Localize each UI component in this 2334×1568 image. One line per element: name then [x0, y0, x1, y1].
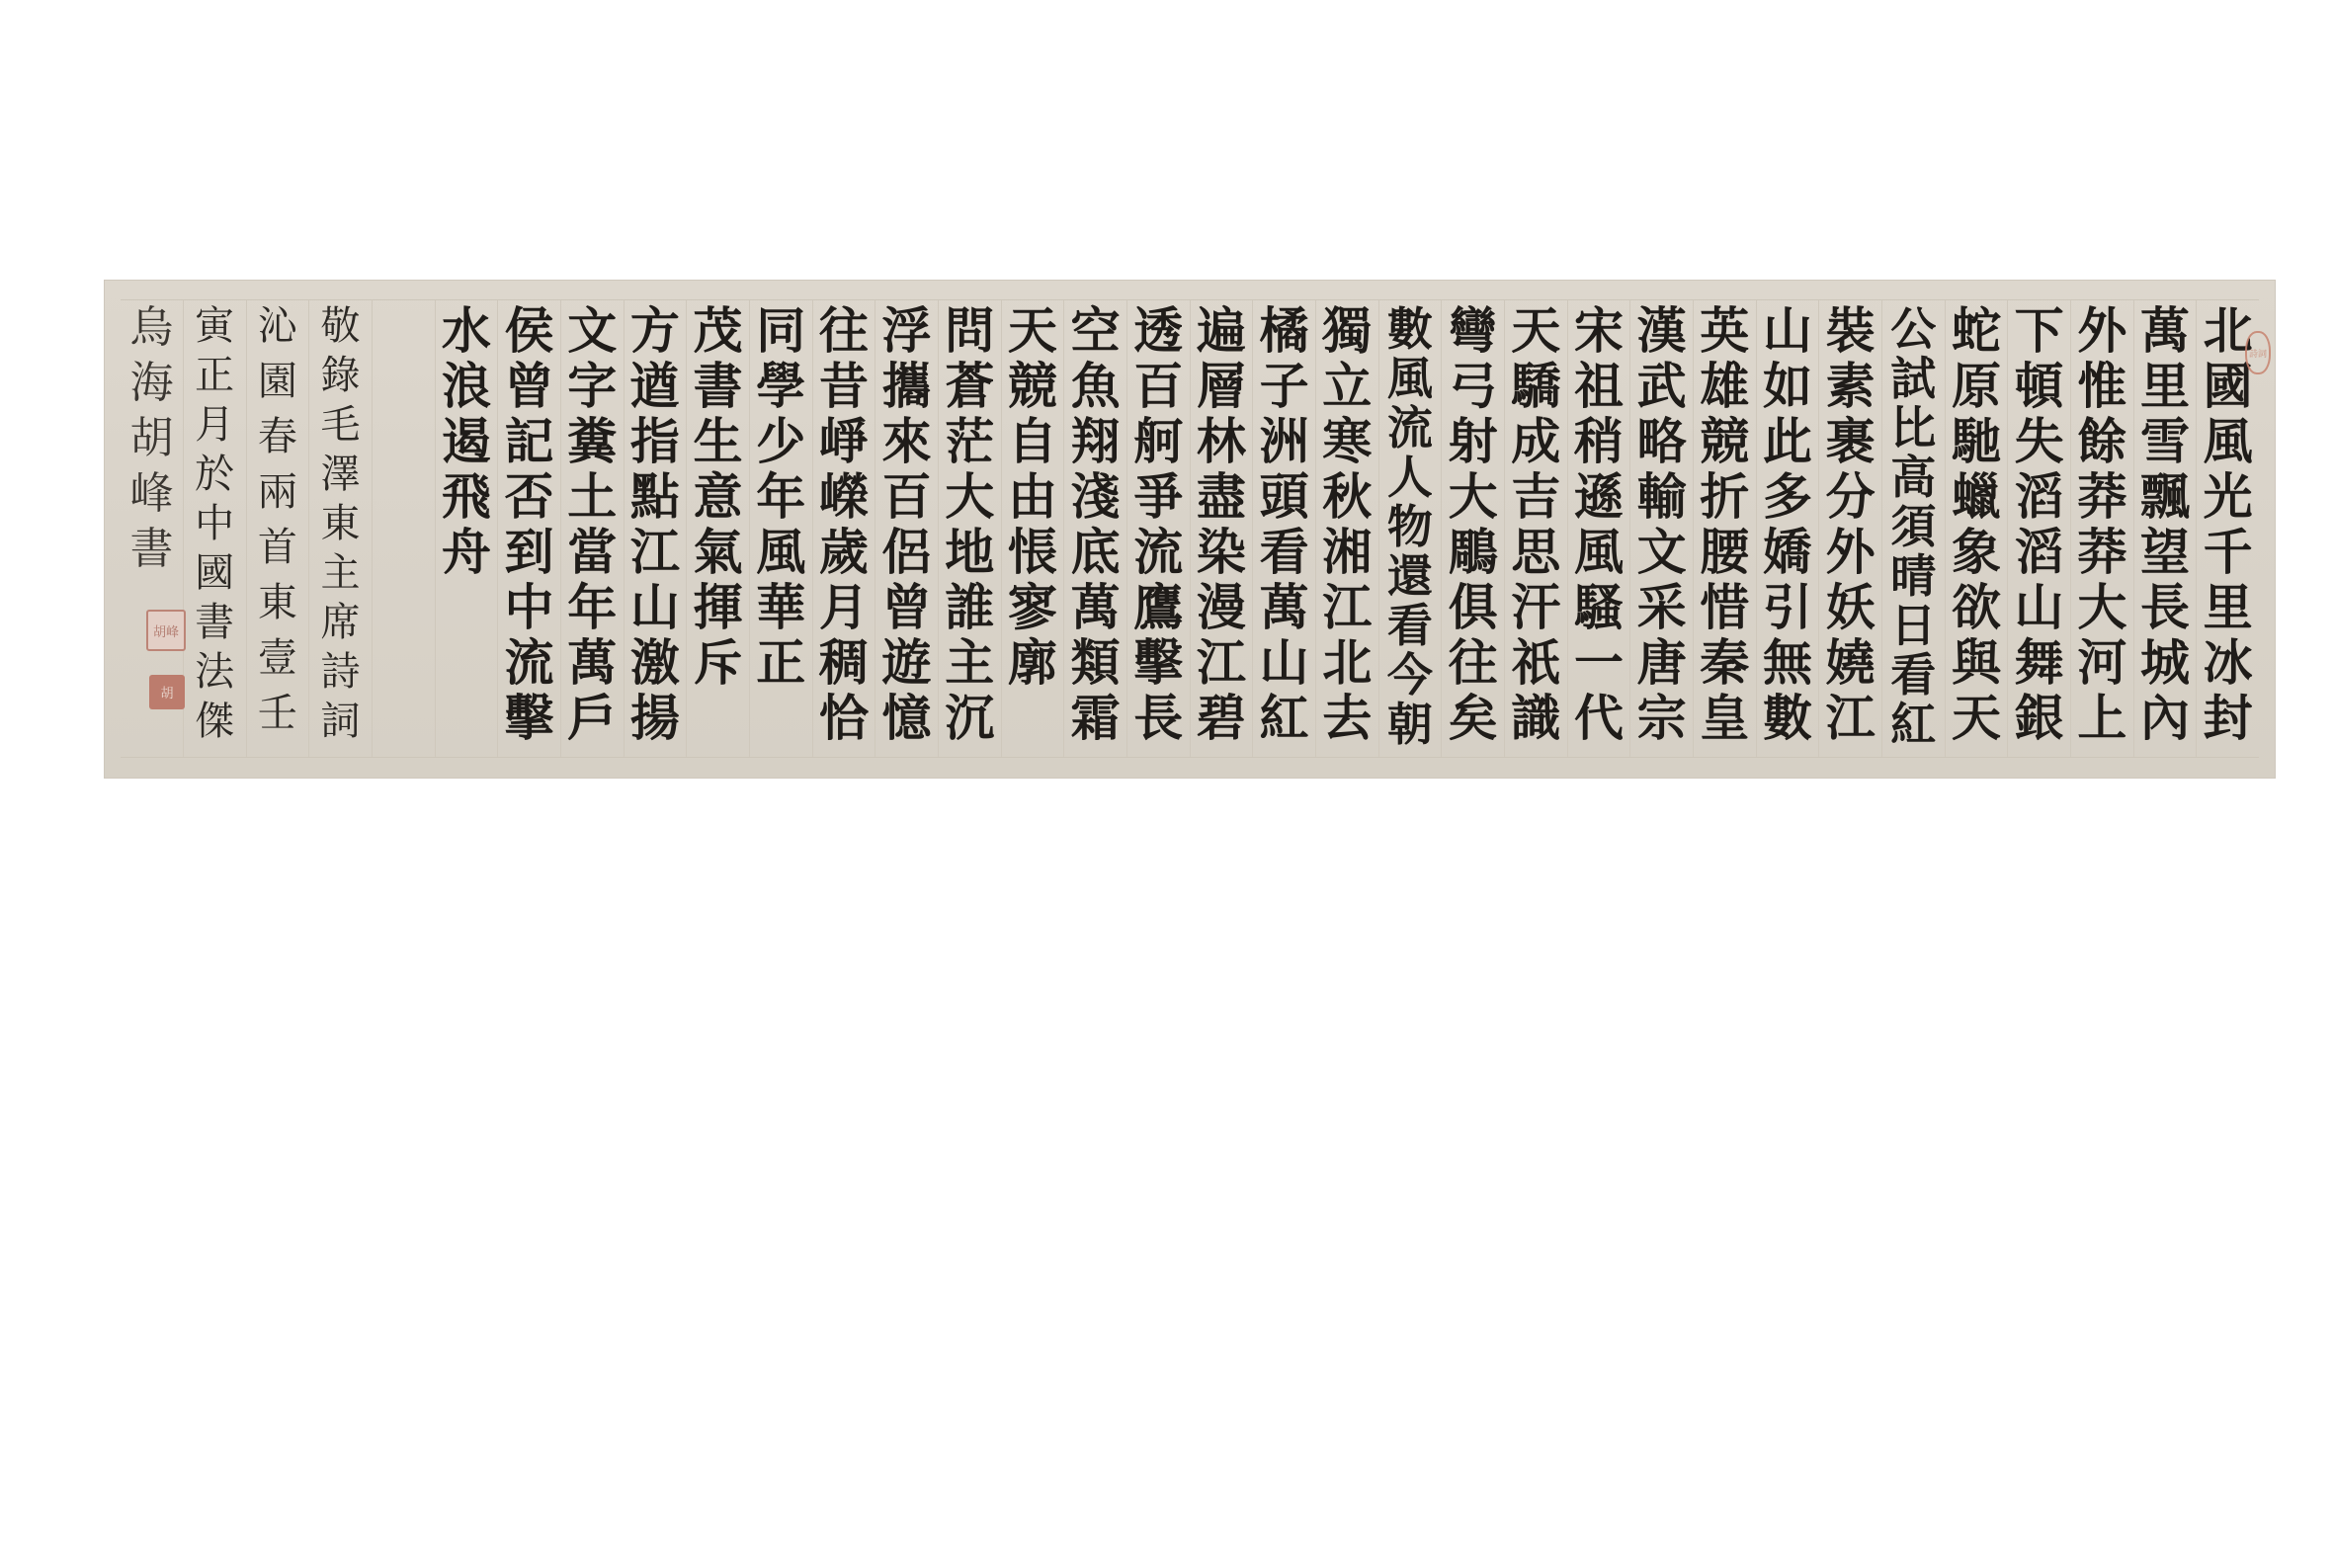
calligraphy-character: 紅	[1260, 694, 1309, 743]
calligraphy-character: 同	[756, 306, 805, 356]
calligraphy-character: 稍	[1574, 417, 1624, 466]
calligraphy-character: 中	[505, 583, 554, 632]
calligraphy-character: 識	[1511, 694, 1560, 743]
calligraphy-character: 象	[1952, 528, 2001, 577]
calligraphy-character: 擊	[1133, 638, 1183, 688]
calligraphy-character: 書	[694, 362, 743, 411]
calligraphy-character: 折	[1700, 472, 1749, 522]
calligraphy-character: 下	[2015, 306, 2064, 356]
calligraphy-character: 國	[2204, 362, 2253, 411]
calligraphy-column: 數風流人物還看今朝	[1378, 300, 1442, 757]
calligraphy-character: 文	[567, 306, 617, 356]
calligraphy-character: 數	[1387, 306, 1433, 352]
calligraphy-character: 采	[1637, 583, 1687, 632]
calligraphy-character: 海	[129, 362, 173, 405]
calligraphy-column: 往昔崢嶸歲月稠恰	[812, 300, 875, 757]
calligraphy-character: 俱	[1449, 583, 1498, 632]
calligraphy-character: 天	[1008, 306, 1057, 356]
calligraphy-character: 方	[630, 306, 680, 356]
calligraphy-character: 嶸	[819, 472, 869, 522]
calligraphy-character: 天	[1952, 694, 2001, 743]
calligraphy-character: 里	[2140, 362, 2190, 411]
calligraphy-character: 嬌	[1763, 528, 1812, 577]
calligraphy-character: 日	[1890, 603, 1936, 648]
calligraphy-character: 與	[1952, 638, 2001, 688]
calligraphy-character: 惟	[2077, 362, 2126, 411]
calligraphy-column: 外惟餘莽莽大河上	[2070, 300, 2133, 757]
style-seal: 胡	[149, 675, 185, 709]
calligraphy-character: 此	[1763, 417, 1812, 466]
calligraphy-character: 流	[1387, 405, 1433, 451]
calligraphy-character: 江	[630, 528, 680, 577]
calligraphy-column: 浮攜來百侶曾遊憶	[875, 300, 938, 757]
calligraphy-character: 寅	[195, 306, 234, 346]
calligraphy-character: 揚	[630, 694, 680, 743]
calligraphy-character: 封	[2204, 694, 2253, 743]
calligraphy-character: 首	[258, 528, 297, 567]
calligraphy-character: 染	[1197, 528, 1246, 577]
calligraphy-character: 東	[321, 504, 361, 543]
calligraphy-character: 思	[1511, 528, 1560, 577]
calligraphy-character: 試	[1890, 356, 1936, 401]
calligraphy-character: 鵰	[1449, 528, 1498, 577]
calligraphy-character: 蛇	[1952, 306, 2001, 356]
calligraphy-column: 遍層林盡染漫江碧	[1190, 300, 1253, 757]
calligraphy-character: 欲	[1952, 583, 2001, 632]
calligraphy-character: 萬	[2140, 306, 2190, 356]
calligraphy-character: 惜	[1700, 583, 1749, 632]
calligraphy-character: 外	[2077, 306, 2126, 356]
calligraphy-character: 裝	[1826, 306, 1876, 356]
calligraphy-character: 兩	[258, 472, 297, 512]
calligraphy-character: 萬	[1260, 583, 1309, 632]
calligraphy-character: 年	[567, 583, 617, 632]
calligraphy-character: 舸	[1133, 417, 1183, 466]
calligraphy-character: 曾	[505, 362, 554, 411]
calligraphy-character: 河	[2077, 638, 2126, 688]
calligraphy-character: 悵	[1008, 528, 1057, 577]
calligraphy-character: 稠	[819, 638, 869, 688]
calligraphy-column	[372, 300, 435, 757]
calligraphy-character: 銀	[2015, 694, 2064, 743]
calligraphy-character: 席	[321, 603, 361, 642]
calligraphy-character: 滔	[2015, 472, 2064, 522]
calligraphy-character: 崢	[819, 417, 869, 466]
calligraphy-character: 山	[630, 583, 680, 632]
calligraphy-character: 江	[1197, 638, 1246, 688]
calligraphy-character: 一	[1574, 638, 1624, 688]
calligraphy-column: 獨立寒秋湘江北去	[1315, 300, 1378, 757]
calligraphy-column: 水浪遏飛舟	[435, 300, 498, 757]
calligraphy-column: 透百舸爭流鷹擊長	[1126, 300, 1190, 757]
calligraphy-character: 當	[567, 528, 617, 577]
calligraphy-character: 宗	[1637, 694, 1687, 743]
calligraphy-character: 底	[1071, 528, 1121, 577]
calligraphy-character: 生	[694, 417, 743, 466]
calligraphy-character: 風	[1387, 356, 1433, 401]
calligraphy-character: 指	[630, 417, 680, 466]
calligraphy-character: 詩	[321, 652, 361, 692]
calligraphy-character: 江	[1826, 694, 1876, 743]
calligraphy-character: 物	[1387, 504, 1433, 549]
calligraphy-scroll: 北國風光千里冰封萬里雪飄望長城內外惟餘莽莽大河上下頓失滔滔山舞銀蛇原馳蠟象欲與天…	[105, 281, 2275, 778]
calligraphy-character: 秦	[1700, 638, 1749, 688]
calligraphy-character: 子	[1260, 362, 1309, 411]
calligraphy-character: 茫	[945, 417, 994, 466]
calligraphy-character: 雪	[2140, 417, 2190, 466]
calligraphy-character: 舟	[442, 528, 491, 577]
calligraphy-character: 光	[2204, 472, 2253, 522]
calligraphy-column: 空魚翔淺底萬類霜	[1063, 300, 1126, 757]
calligraphy-character: 英	[1700, 306, 1749, 356]
calligraphy-column: 敬錄毛澤東主席詩詞	[308, 300, 372, 757]
calligraphy-character: 滔	[2015, 528, 2064, 577]
calligraphy-character: 騷	[1574, 583, 1624, 632]
calligraphy-character: 秋	[1322, 472, 1372, 522]
calligraphy-character: 遍	[1197, 306, 1246, 356]
calligraphy-character: 錄	[321, 356, 361, 395]
calligraphy-character: 須	[1890, 504, 1936, 549]
calligraphy-character: 問	[945, 306, 994, 356]
calligraphy-character: 浪	[442, 362, 491, 411]
calligraphy-character: 遒	[630, 362, 680, 411]
calligraphy-character: 還	[1387, 553, 1433, 599]
calligraphy-character: 輸	[1637, 472, 1687, 522]
calligraphy-character: 莽	[2077, 528, 2126, 577]
calligraphy-character: 唐	[1637, 638, 1687, 688]
calligraphy-character: 文	[1637, 528, 1687, 577]
calligraphy-character: 恰	[819, 694, 869, 743]
calligraphy-character: 長	[1133, 694, 1183, 743]
calligraphy-character: 蠟	[1952, 472, 2001, 522]
calligraphy-character: 遏	[442, 417, 491, 466]
calligraphy-character: 空	[1071, 306, 1121, 356]
calligraphy-column: 宋祖稍遜風騷一代	[1567, 300, 1630, 757]
calligraphy-character: 武	[1637, 362, 1687, 411]
calligraphy-character: 數	[1763, 694, 1812, 743]
calligraphy-character: 引	[1763, 583, 1812, 632]
calligraphy-character: 原	[1952, 362, 2001, 411]
calligraphy-column: 蛇原馳蠟象欲與天	[1945, 300, 2008, 757]
calligraphy-character: 曾	[882, 583, 932, 632]
calligraphy-character: 毛	[321, 405, 361, 445]
calligraphy-character: 百	[882, 472, 932, 522]
calligraphy-character: 蒼	[945, 362, 994, 411]
calligraphy-character: 山	[2015, 583, 2064, 632]
calligraphy-character: 裹	[1826, 417, 1876, 466]
calligraphy-character: 林	[1197, 417, 1246, 466]
calligraphy-character: 看	[1387, 603, 1433, 648]
calligraphy-column: 天驕成吉思汗祇識	[1504, 300, 1567, 757]
calligraphy-character: 到	[505, 528, 554, 577]
calligraphy-character: 洲	[1260, 417, 1309, 466]
calligraphy-character: 千	[2204, 528, 2253, 577]
calligraphy-character: 侶	[882, 528, 932, 577]
calligraphy-character: 看	[1260, 528, 1309, 577]
calligraphy-character: 學	[756, 362, 805, 411]
calligraphy-column: 天競自由悵寥廓	[1001, 300, 1064, 757]
calligraphy-character: 天	[1511, 306, 1560, 356]
calligraphy-character: 月	[819, 583, 869, 632]
calligraphy-character: 今	[1387, 652, 1433, 698]
calligraphy-character: 雄	[1700, 362, 1749, 411]
calligraphy-character: 園	[258, 362, 297, 401]
calligraphy-column: 英雄競折腰惜秦皇	[1693, 300, 1756, 757]
calligraphy-character: 風	[756, 528, 805, 577]
calligraphy-character: 分	[1826, 472, 1876, 522]
calligraphy-character: 晴	[1890, 553, 1936, 599]
calligraphy-column: 問蒼茫大地誰主沉	[938, 300, 1001, 757]
calligraphy-character: 法	[195, 652, 234, 692]
calligraphy-character: 朝	[1387, 701, 1433, 747]
calligraphy-character: 於	[195, 454, 234, 494]
calligraphy-character: 湘	[1322, 528, 1372, 577]
calligraphy-character: 吉	[1511, 472, 1560, 522]
calligraphy-character: 大	[945, 472, 994, 522]
calligraphy-character: 茂	[694, 306, 743, 356]
name-seal: 胡峰	[146, 610, 186, 651]
calligraphy-character: 代	[1574, 694, 1624, 743]
calligraphy-character: 憶	[882, 694, 932, 743]
calligraphy-character: 年	[756, 472, 805, 522]
calligraphy-character: 紅	[1890, 701, 1936, 747]
calligraphy-character: 里	[2204, 583, 2253, 632]
calligraphy-column: 漢武略輸文采唐宗	[1629, 300, 1693, 757]
calligraphy-character: 競	[1700, 417, 1749, 466]
calligraphy-character: 澤	[321, 454, 361, 494]
calligraphy-character: 內	[2140, 694, 2190, 743]
calligraphy-character: 皇	[1700, 694, 1749, 743]
calligraphy-character: 頓	[2015, 362, 2064, 411]
calligraphy-character: 飄	[2140, 472, 2190, 522]
calligraphy-character: 寥	[1008, 583, 1057, 632]
calligraphy-character: 往	[819, 306, 869, 356]
calligraphy-character: 水	[442, 306, 491, 356]
calligraphy-character: 素	[1826, 362, 1876, 411]
calligraphy-character: 峰	[129, 472, 173, 516]
calligraphy-character: 流	[505, 638, 554, 688]
calligraphy-character: 大	[1449, 472, 1498, 522]
calligraphy-character: 主	[321, 553, 361, 593]
calligraphy-character: 失	[2015, 417, 2064, 466]
calligraphy-character: 敬	[321, 306, 361, 346]
calligraphy-character: 糞	[567, 417, 617, 466]
leading-seal: 詩詞	[2245, 331, 2271, 374]
calligraphy-character: 昔	[819, 362, 869, 411]
calligraphy-character: 鷹	[1133, 583, 1183, 632]
calligraphy-character: 立	[1322, 362, 1372, 411]
calligraphy-character: 來	[882, 417, 932, 466]
calligraphy-character: 壬	[258, 694, 297, 733]
calligraphy-character: 萬	[1071, 583, 1121, 632]
calligraphy-character: 翔	[1071, 417, 1121, 466]
calligraphy-character: 風	[1574, 528, 1624, 577]
calligraphy-character: 人	[1387, 454, 1433, 500]
calligraphy-column: 同學少年風華正	[749, 300, 812, 757]
calligraphy-character: 氣	[694, 528, 743, 577]
calligraphy-character: 汗	[1511, 583, 1560, 632]
calligraphy-character: 傑	[195, 701, 234, 741]
calligraphy-character: 魚	[1071, 362, 1121, 411]
calligraphy-character: 嬈	[1826, 638, 1876, 688]
calligraphy-character: 萬	[567, 638, 617, 688]
calligraphy-character: 漫	[1197, 583, 1246, 632]
calligraphy-character: 戶	[567, 694, 617, 743]
calligraphy-character: 點	[630, 472, 680, 522]
calligraphy-character: 遜	[1574, 472, 1624, 522]
calligraphy-character: 寒	[1322, 417, 1372, 466]
calligraphy-character: 宋	[1574, 306, 1624, 356]
calligraphy-column: 裝素裹分外妖嬈江	[1818, 300, 1881, 757]
calligraphy-column: 文字糞土當年萬戶	[560, 300, 624, 757]
column-grid: 北國風光千里冰封萬里雪飄望長城內外惟餘莽莽大河上下頓失滔滔山舞銀蛇原馳蠟象欲與天…	[121, 299, 2259, 758]
calligraphy-character: 正	[195, 356, 234, 395]
calligraphy-column: 萬里雪飄望長城內	[2133, 300, 2197, 757]
calligraphy-character: 烏	[129, 306, 173, 350]
calligraphy-character: 外	[1826, 528, 1876, 577]
calligraphy-character: 驕	[1511, 362, 1560, 411]
calligraphy-character: 透	[1133, 306, 1183, 356]
calligraphy-character: 主	[945, 638, 994, 688]
calligraphy-character: 望	[2140, 528, 2190, 577]
calligraphy-character: 多	[1763, 472, 1812, 522]
calligraphy-character: 詞	[321, 701, 361, 741]
calligraphy-character: 餘	[2077, 417, 2126, 466]
calligraphy-character: 由	[1008, 472, 1057, 522]
calligraphy-character: 字	[567, 362, 617, 411]
calligraphy-character: 斥	[694, 638, 743, 688]
calligraphy-character: 彎	[1449, 306, 1498, 356]
calligraphy-character: 類	[1071, 638, 1121, 688]
calligraphy-character: 沁	[258, 306, 297, 346]
calligraphy-character: 飛	[442, 472, 491, 522]
calligraphy-character: 擊	[505, 694, 554, 743]
calligraphy-character: 城	[2140, 638, 2190, 688]
calligraphy-character: 如	[1763, 362, 1812, 411]
calligraphy-character: 高	[1890, 454, 1936, 500]
calligraphy-character: 看	[1890, 652, 1936, 698]
calligraphy-character: 誰	[945, 583, 994, 632]
calligraphy-character: 否	[505, 472, 554, 522]
calligraphy-character: 國	[195, 553, 234, 593]
calligraphy-character: 橘	[1260, 306, 1309, 356]
calligraphy-character: 腰	[1700, 528, 1749, 577]
calligraphy-character: 攜	[882, 362, 932, 411]
calligraphy-character: 中	[195, 504, 234, 543]
calligraphy-character: 正	[756, 638, 805, 688]
calligraphy-column: 寅正月於中國書法傑	[183, 300, 246, 757]
calligraphy-character: 意	[694, 472, 743, 522]
calligraphy-character: 華	[756, 583, 805, 632]
calligraphy-character: 成	[1511, 417, 1560, 466]
calligraphy-character: 書	[129, 528, 173, 571]
calligraphy-character: 霜	[1071, 694, 1121, 743]
calligraphy-column: 彎弓射大鵰俱往矣	[1441, 300, 1504, 757]
calligraphy-character: 沉	[945, 694, 994, 743]
calligraphy-character: 胡	[129, 417, 173, 460]
calligraphy-column: 沁園春兩首東壹壬	[246, 300, 309, 757]
calligraphy-character: 遊	[882, 638, 932, 688]
calligraphy-character: 山	[1763, 306, 1812, 356]
calligraphy-character: 莽	[2077, 472, 2126, 522]
calligraphy-column: 茂書生意氣揮斥	[686, 300, 749, 757]
calligraphy-character: 祖	[1574, 362, 1624, 411]
calligraphy-character: 地	[945, 528, 994, 577]
calligraphy-column: 橘子洲頭看萬山紅	[1252, 300, 1315, 757]
calligraphy-character: 壹	[258, 638, 297, 678]
calligraphy-character: 舞	[2015, 638, 2064, 688]
calligraphy-character: 競	[1008, 362, 1057, 411]
calligraphy-column: 侯曾記否到中流擊	[497, 300, 560, 757]
calligraphy-character: 漢	[1637, 306, 1687, 356]
calligraphy-character: 無	[1763, 638, 1812, 688]
calligraphy-character: 層	[1197, 362, 1246, 411]
calligraphy-column: 方遒指點江山激揚	[624, 300, 687, 757]
calligraphy-character: 土	[567, 472, 617, 522]
calligraphy-character: 少	[756, 417, 805, 466]
calligraphy-character: 侯	[505, 306, 554, 356]
calligraphy-character: 風	[2204, 417, 2253, 466]
calligraphy-character: 爭	[1133, 472, 1183, 522]
calligraphy-character: 比	[1890, 405, 1936, 451]
calligraphy-character: 東	[258, 583, 297, 622]
calligraphy-character: 歲	[819, 528, 869, 577]
calligraphy-character: 馳	[1952, 417, 2001, 466]
calligraphy-character: 頭	[1260, 472, 1309, 522]
calligraphy-character: 揮	[694, 583, 743, 632]
calligraphy-character: 弓	[1449, 362, 1498, 411]
calligraphy-column: 下頓失滔滔山舞銀	[2007, 300, 2070, 757]
calligraphy-character: 百	[1133, 362, 1183, 411]
calligraphy-column: 山如此多嬌引無數	[1756, 300, 1819, 757]
calligraphy-character: 記	[505, 417, 554, 466]
calligraphy-character: 自	[1008, 417, 1057, 466]
calligraphy-character: 月	[195, 405, 234, 445]
calligraphy-character: 公	[1890, 306, 1936, 352]
calligraphy-character: 書	[195, 603, 234, 642]
calligraphy-character: 江	[1322, 583, 1372, 632]
calligraphy-character: 浮	[882, 306, 932, 356]
calligraphy-column: 公試比高須晴日看紅	[1881, 300, 1945, 757]
calligraphy-character: 略	[1637, 417, 1687, 466]
calligraphy-character: 廓	[1008, 638, 1057, 688]
calligraphy-character: 長	[2140, 583, 2190, 632]
calligraphy-character: 北	[1322, 638, 1372, 688]
calligraphy-character: 大	[2077, 583, 2126, 632]
calligraphy-character: 山	[1260, 638, 1309, 688]
calligraphy-character: 去	[1322, 694, 1372, 743]
calligraphy-character: 往	[1449, 638, 1498, 688]
calligraphy-character: 激	[630, 638, 680, 688]
calligraphy-character: 碧	[1197, 694, 1246, 743]
calligraphy-character: 獨	[1322, 306, 1372, 356]
calligraphy-character: 冰	[2204, 638, 2253, 688]
calligraphy-character: 妖	[1826, 583, 1876, 632]
calligraphy-character: 流	[1133, 528, 1183, 577]
calligraphy-character: 盡	[1197, 472, 1246, 522]
calligraphy-character: 矣	[1449, 694, 1498, 743]
calligraphy-character: 春	[258, 417, 297, 456]
calligraphy-character: 上	[2077, 694, 2126, 743]
calligraphy-character: 淺	[1071, 472, 1121, 522]
calligraphy-character: 祇	[1511, 638, 1560, 688]
calligraphy-character: 射	[1449, 417, 1498, 466]
